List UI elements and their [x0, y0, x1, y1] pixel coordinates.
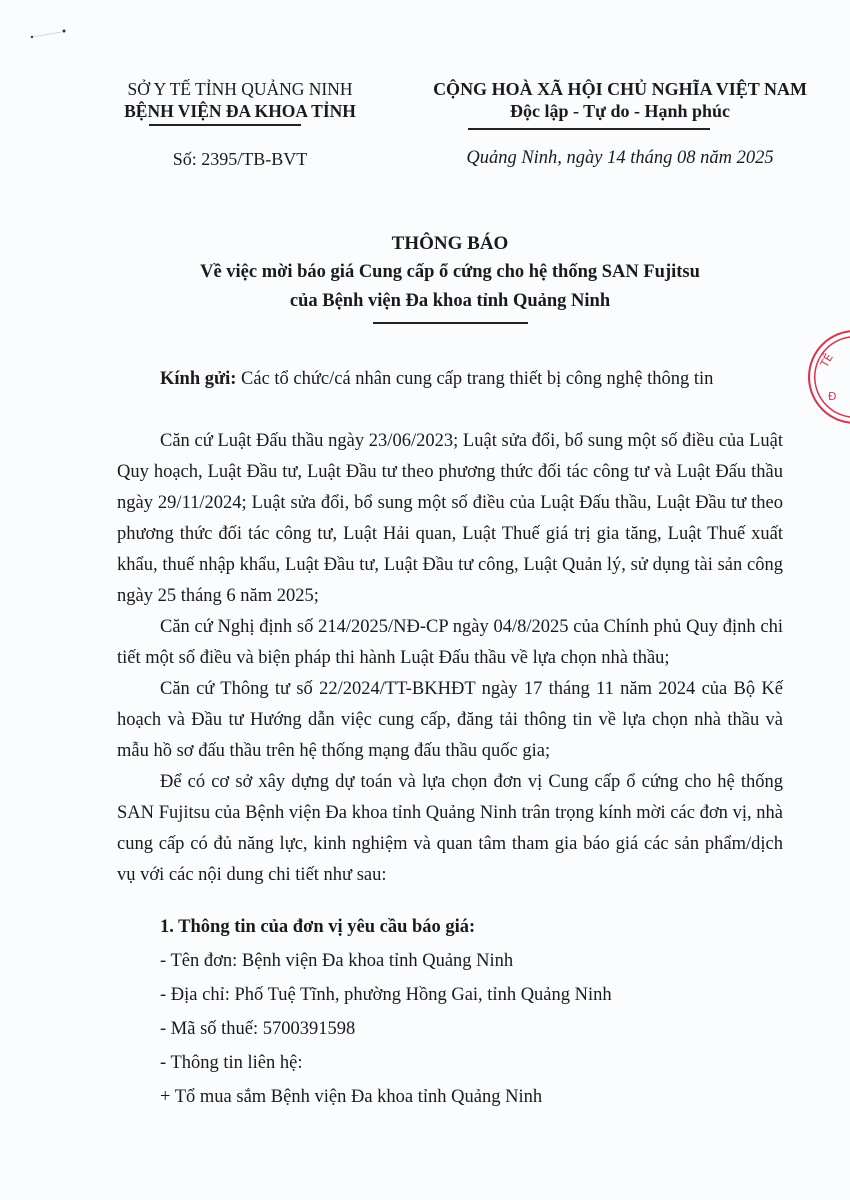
national-motto: Độc lập - Tự do - Hạnh phúc — [420, 100, 820, 122]
info-item-tax-code: - Mã số thuế: 5700391598 — [160, 1012, 612, 1046]
notice-subject-line1: Về việc mời báo giá Cung cấp ổ cứng cho … — [150, 258, 750, 287]
agency-name: SỞ Y TẾ TỈNH QUẢNG NINH — [100, 78, 380, 100]
notice-title-block: THÔNG BÁO Về việc mời báo giá Cung cấp ổ… — [150, 230, 750, 324]
motto-underline — [468, 128, 710, 130]
organization-name: BỆNH VIỆN ĐA KHOA TỈNH — [100, 100, 380, 122]
stamp-char-1: TẾ — [818, 351, 836, 369]
recipient-label: Kính gửi: — [160, 369, 236, 389]
national-header-block: CỘNG HOÀ XÃ HỘI CHỦ NGHĨA VIỆT NAM Độc l… — [420, 78, 820, 122]
document-page: SỞ Y TẾ TỈNH QUẢNG NINH BỆNH VIỆN ĐA KHO… — [0, 0, 850, 1200]
info-item-address: - Địa chỉ: Phố Tuệ Tĩnh, phường Hồng Gai… — [160, 978, 612, 1012]
paragraph-invitation: Để có cơ sở xây dựng dự toán và lựa chọn… — [117, 767, 783, 891]
place-and-date: Quảng Ninh, ngày 14 tháng 08 năm 2025 — [420, 148, 820, 169]
notice-subject-line2: của Bệnh viện Đa khoa tỉnh Quảng Ninh — [150, 287, 750, 316]
paragraph-legal-basis-law: Căn cứ Luật Đấu thầu ngày 23/06/2023; Lu… — [117, 426, 783, 612]
title-underline — [373, 322, 528, 324]
notice-heading: THÔNG BÁO — [150, 230, 750, 258]
info-item-procurement-team: + Tổ mua sắm Bệnh viện Đa khoa tỉnh Quản… — [160, 1080, 612, 1114]
document-number: Số: 2395/TB-BVT — [100, 148, 380, 170]
issuing-agency-block: SỞ Y TẾ TỈNH QUẢNG NINH BỆNH VIỆN ĐA KHO… — [100, 78, 380, 122]
stamp-char-2: Đ — [828, 390, 837, 403]
recipient-line: Kính gửi: Các tổ chức/cá nhân cung cấp t… — [160, 369, 713, 390]
scan-speck-mark — [30, 28, 70, 40]
paragraph-legal-basis-circular: Căn cứ Thông tư số 22/2024/TT-BKHĐT ngày… — [117, 674, 783, 767]
country-name: CỘNG HOÀ XÃ HỘI CHỦ NGHĨA VIỆT NAM — [420, 78, 820, 100]
paragraph-legal-basis-decree: Căn cứ Nghị định số 214/2025/NĐ-CP ngày … — [117, 612, 783, 674]
recipient-value: Các tổ chức/cá nhân cung cấp trang thiết… — [241, 369, 713, 389]
notice-body: Căn cứ Luật Đấu thầu ngày 23/06/2023; Lu… — [117, 426, 783, 891]
section-requester-info: 1. Thông tin của đơn vị yêu cầu báo giá:… — [160, 910, 612, 1114]
info-item-name: - Tên đơn: Bệnh viện Đa khoa tỉnh Quảng … — [160, 944, 612, 978]
info-item-contact: - Thông tin liên hệ: — [160, 1046, 612, 1080]
agency-underline — [149, 124, 301, 126]
red-seal-stamp: TẾ Đ — [808, 330, 850, 424]
section-heading: 1. Thông tin của đơn vị yêu cầu báo giá: — [160, 910, 612, 944]
